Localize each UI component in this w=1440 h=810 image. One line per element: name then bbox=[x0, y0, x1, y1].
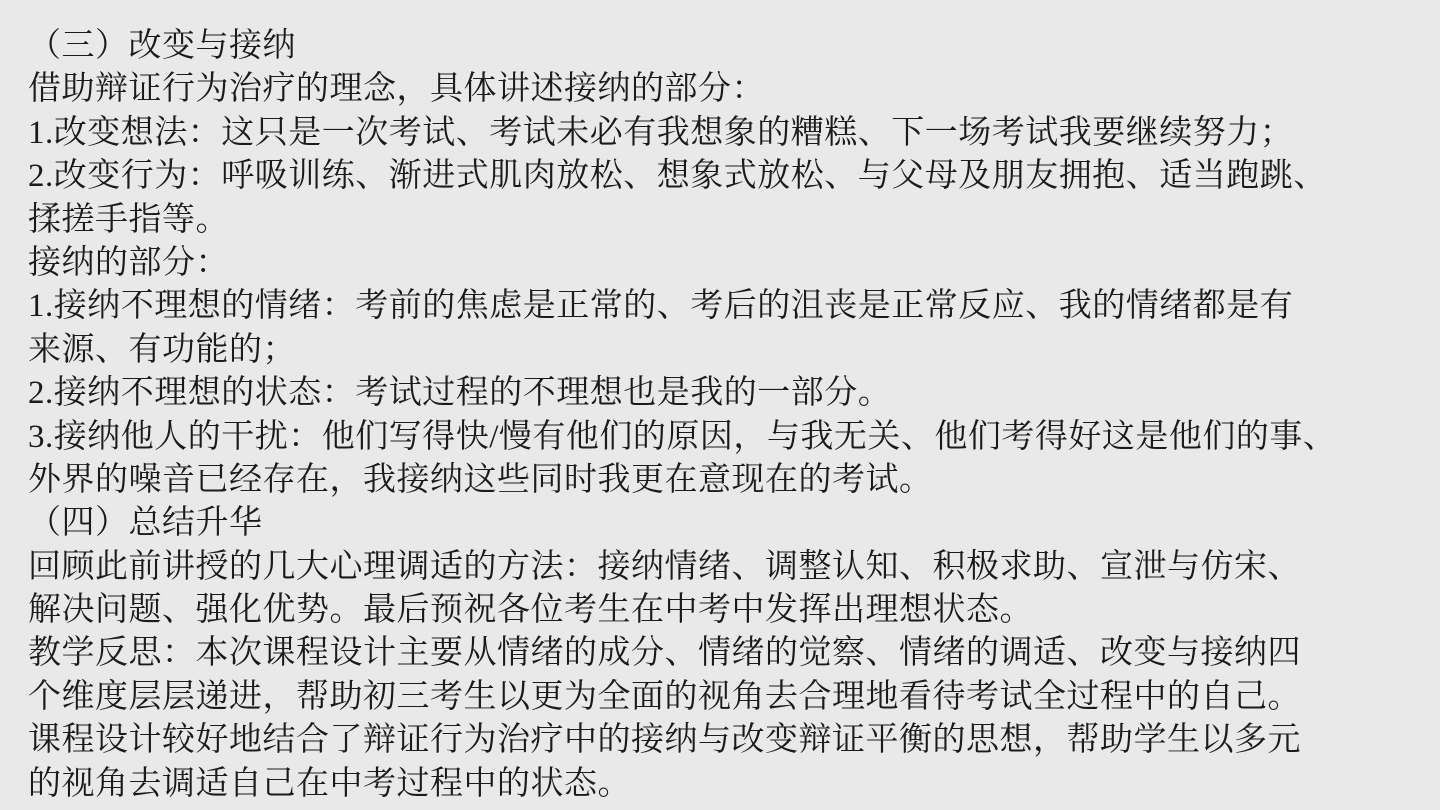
text-line: 来源、有功能的； bbox=[28, 329, 1420, 372]
text-line: 个维度层层递进，帮助初三考生以更为全面的视角去合理地看待考试全过程中的自己。 bbox=[28, 676, 1420, 719]
text-line: 2.改变行为：呼吸训练、渐进式肌肉放松、想象式放松、与父母及朋友拥抱、适当跑跳、 bbox=[28, 155, 1420, 198]
text-line: 外界的噪音已经存在，我接纳这些同时我更在意现在的考试。 bbox=[28, 459, 1420, 502]
text-line: 1.改变想法：这只是一次考试、考试未必有我想象的糟糕、下一场考试我要继续努力； bbox=[28, 112, 1420, 155]
text-line: 2.接纳不理想的状态：考试过程的不理想也是我的一部分。 bbox=[28, 372, 1420, 415]
text-line: 借助辩证行为治疗的理念，具体讲述接纳的部分： bbox=[28, 68, 1420, 111]
text-line: 揉搓手指等。 bbox=[28, 199, 1420, 242]
text-line: 回顾此前讲授的几大心理调适的方法：接纳情绪、调整认知、积极求助、宣泄与仿宋、 bbox=[28, 546, 1420, 589]
text-line: 的视角去调适自己在中考过程中的状态。 bbox=[28, 763, 1420, 806]
text-line: 教学反思：本次课程设计主要从情绪的成分、情绪的觉察、情绪的调适、改变与接纳四 bbox=[28, 632, 1420, 675]
document-page: （三）改变与接纳 借助辩证行为治疗的理念，具体讲述接纳的部分： 1.改变想法：这… bbox=[0, 0, 1440, 810]
text-line: 课程设计较好地结合了辩证行为治疗中的接纳与改变辩证平衡的思想，帮助学生以多元 bbox=[28, 719, 1420, 762]
text-line: 3.接纳他人的干扰：他们写得快/慢有他们的原因，与我无关、他们考得好这是他们的事… bbox=[28, 416, 1420, 459]
text-line: 1.接纳不理想的情绪：考前的焦虑是正常的、考后的沮丧是正常反应、我的情绪都是有 bbox=[28, 285, 1420, 328]
text-line: 接纳的部分： bbox=[28, 242, 1420, 285]
section-heading-change-acceptance: （三）改变与接纳 bbox=[28, 25, 1420, 68]
section-heading-summary: （四）总结升华 bbox=[28, 502, 1420, 545]
text-line: 解决问题、强化优势。最后预祝各位考生在中考中发挥出理想状态。 bbox=[28, 589, 1420, 632]
